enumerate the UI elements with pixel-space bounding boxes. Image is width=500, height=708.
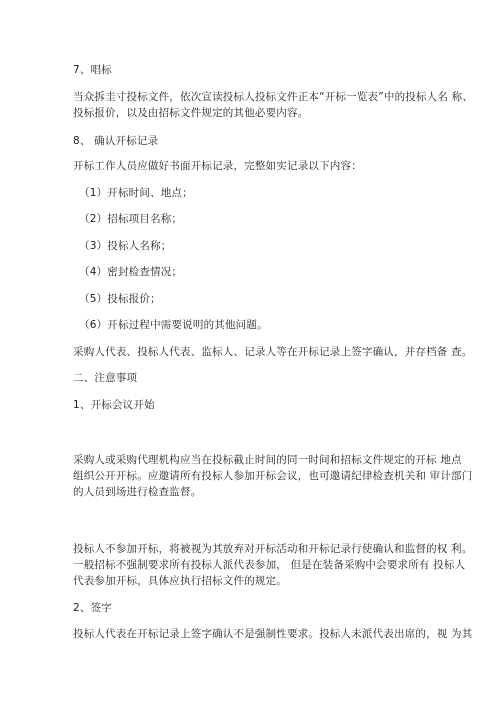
text-line: 一般招标不强制要求所有投标人派代表参加， 但是在装备采购中会要求所有 投标人 <box>73 557 465 573</box>
list-item: （3）投标人名称； <box>79 238 171 254</box>
text-line: 1、开标会议开始 <box>73 397 155 413</box>
text-line: 投标人不参加开标，将被视为其放弃对开标活动和开标记录行使确认和监督的权 利。 <box>73 541 472 557</box>
text-line: 投标报价，以及由招标文件规定的其他必要内容。 <box>73 105 308 121</box>
text-line: 采购人代表、投标人代表、监标人、记录人等在开标记录上签字确认，并存档备 查。 <box>73 344 472 360</box>
list-item: （4）密封检查情况； <box>79 264 182 280</box>
text-line: 的人员到场进行检查监督。 <box>73 484 201 500</box>
text-line: 8、 确认开标记录 <box>73 133 158 149</box>
text-line: 组织公开开标。应邀请所有投标人参加开标会议，也可邀请纪律检查机关和 审计部门 <box>73 468 472 484</box>
text-line: 投标人代表在开标记录上签字确认不是强制性要求。投标人未派代表出席的，视 为其 <box>73 626 472 642</box>
text-line: 7、唱标 <box>73 62 112 78</box>
text-line: 二、注意事项 <box>73 370 137 386</box>
text-line: 2、签字 <box>73 600 112 616</box>
text-line: 采购人或采购代理机构应当在投标截止时间的同一时间和招标文件规定的开标 地点 <box>73 452 462 468</box>
list-item: （6）开标过程中需要说明的其他问题。 <box>79 317 268 333</box>
text-line: 当众拆圭寸投标文件，依次宣读投标人投标文件正本“开标一览表”中的投标人名 称、 <box>73 89 473 105</box>
list-item: （5）投标报价； <box>79 291 161 307</box>
list-item: （1）开标时间、地点； <box>79 185 193 201</box>
list-item: （2）招标项目名称； <box>79 211 182 227</box>
text-line: 代表参加开标，具体应执行招标文件的规定。 <box>73 573 287 589</box>
text-line: 开标工作人员应做好书面开标记录，完整如实记录以下内容： <box>73 158 362 174</box>
